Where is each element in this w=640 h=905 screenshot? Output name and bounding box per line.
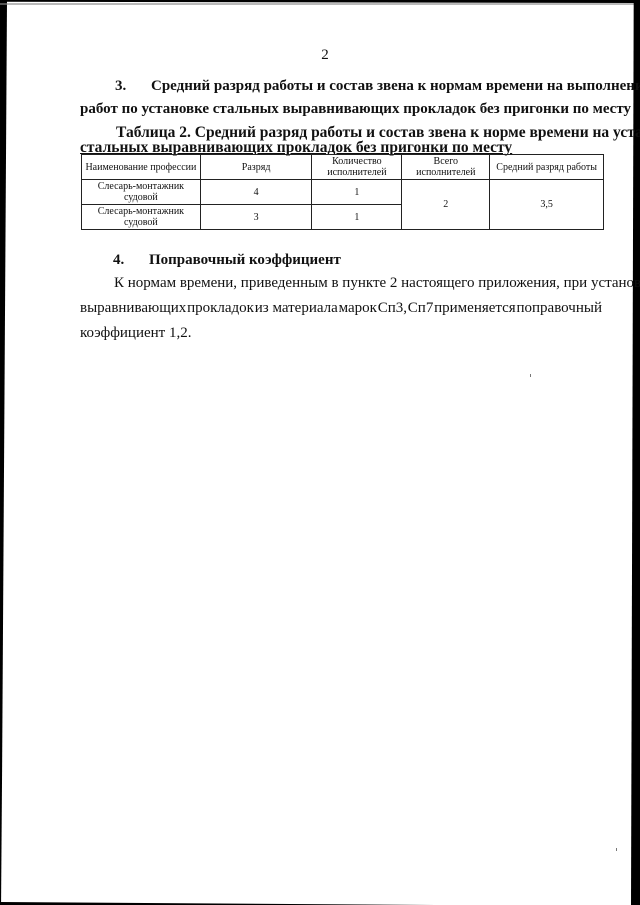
word: прокладок	[187, 300, 254, 317]
cell-count: 1	[312, 180, 402, 205]
scan-speck	[530, 374, 531, 377]
scan-border-left	[0, 0, 7, 905]
page-number: 2	[0, 47, 640, 64]
header-grade: Разряд	[200, 155, 312, 180]
section-4-number: 4.	[113, 252, 149, 269]
word: выравнивающих	[80, 300, 186, 317]
paragraph-line2: выравнивающих прокладок из материала мар…	[80, 300, 602, 317]
word: Сп3,	[378, 300, 407, 317]
section-4-heading: 4.Поправочный коэффициент	[113, 252, 341, 269]
word: применяется	[434, 300, 516, 317]
cell-count: 1	[312, 205, 402, 230]
cell-profession: Слесарь-монтажник судовой	[82, 180, 201, 205]
scan-border-top-shadow	[0, 3, 640, 5]
section-3-title-line1: Средний разряд работы и состав звена к н…	[151, 78, 640, 94]
header-total: Всего исполнителей	[402, 155, 490, 180]
cell-total-performers: 2	[402, 180, 490, 230]
cell-grade: 3	[200, 205, 312, 230]
word: поправочный	[516, 300, 601, 317]
word: Сп7	[408, 300, 434, 317]
cell-grade: 4	[200, 180, 312, 205]
section-3-number: 3.	[115, 78, 151, 95]
section-3-heading: 3.Средний разряд работы и состав звена к…	[115, 78, 640, 95]
cell-average-grade: 3,5	[490, 180, 604, 230]
section-3-title-line2: работ по установке стальных выравнивающи…	[80, 101, 631, 118]
word: марок	[339, 300, 377, 317]
cell-profession: Слесарь-монтажник судовой	[82, 205, 201, 230]
header-average-grade: Средний разряд работы	[490, 155, 604, 180]
header-profession: Наименование профессии	[82, 155, 201, 180]
paragraph-line1: К нормам времени, приведенным в пункте 2…	[114, 275, 640, 292]
crew-composition-table: Наименование профессии Разряд Количество…	[81, 154, 604, 230]
table-header-row: Наименование профессии Разряд Количество…	[82, 155, 604, 180]
word: из материала	[255, 300, 338, 317]
header-count: Количество исполнителей	[312, 155, 402, 180]
table-row: Слесарь-монтажник судовой 4 1 2 3,5	[82, 180, 604, 205]
scan-speck	[616, 848, 617, 851]
paragraph-line3: коэффициент 1,2.	[80, 325, 191, 342]
section-4-title: Поправочный коэффициент	[149, 252, 341, 268]
